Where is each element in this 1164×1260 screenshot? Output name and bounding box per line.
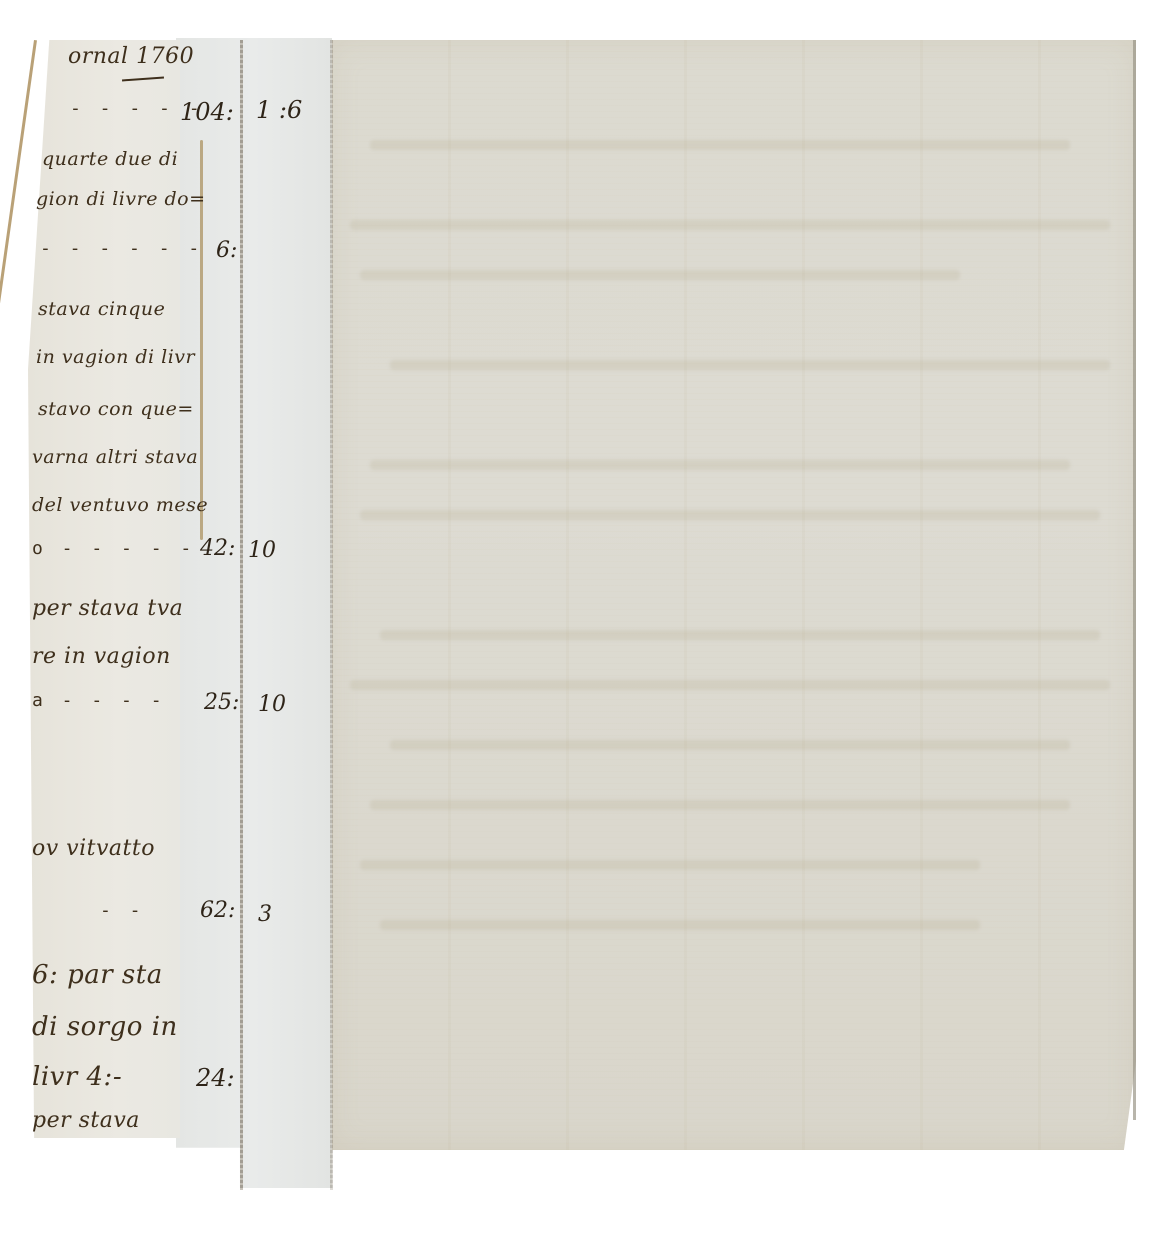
ledger-line-7: stavo con que= bbox=[38, 398, 194, 420]
amount-lire-5: 62: bbox=[200, 898, 235, 923]
ledger-line-4: - - - - - - bbox=[40, 238, 203, 259]
fold-line bbox=[330, 40, 333, 1190]
bleed-through-line bbox=[360, 510, 1100, 520]
amount-lire-4: 25: bbox=[204, 690, 239, 715]
ledger-line-2: quarte due di bbox=[42, 148, 178, 170]
ledger-line-19: per stava bbox=[32, 1108, 140, 1133]
ledger-line-14: ov vitvatto bbox=[32, 836, 155, 861]
ledger-line-8: varna altri stava bbox=[32, 446, 198, 468]
manuscript-scan: ornal 1760 - - - - - 104: 1 :6 quarte du… bbox=[0, 0, 1164, 1260]
amount-rest-1: 1 :6 bbox=[256, 96, 302, 124]
page-right-edge bbox=[1133, 40, 1136, 1120]
ledger-line-5: stava cinque bbox=[38, 298, 165, 320]
amount-rest-4: 10 bbox=[258, 692, 286, 717]
bleed-through-line bbox=[390, 360, 1110, 370]
bleed-through-line bbox=[350, 220, 1110, 230]
amount-lire-3: 42: bbox=[200, 536, 235, 561]
ledger-line-15: - - bbox=[100, 900, 145, 921]
ledger-line-11: per stava tva bbox=[32, 596, 183, 621]
ledger-line-16: 6: par sta bbox=[32, 960, 163, 990]
blank-verso-page bbox=[330, 40, 1136, 1150]
ledger-header: ornal 1760 bbox=[68, 44, 194, 69]
column-rule-middle bbox=[240, 40, 243, 1190]
ledger-line-17: di sorgo in bbox=[32, 1012, 178, 1042]
amount-lire-1: 104: bbox=[180, 98, 234, 126]
ledger-line-9: del ventuvo mese bbox=[32, 494, 208, 516]
bleed-through-line bbox=[370, 460, 1070, 470]
ledger-line-13: a - - - - bbox=[32, 690, 166, 711]
amount-rest-3: 10 bbox=[248, 538, 276, 563]
bleed-through-line bbox=[350, 680, 1110, 690]
ledger-line-12: re in vagion bbox=[32, 644, 171, 669]
bleed-through-line bbox=[380, 920, 980, 930]
bleed-through-line bbox=[360, 860, 980, 870]
ledger-line-18: livr 4:- bbox=[32, 1062, 122, 1092]
bleed-through-line bbox=[370, 800, 1070, 810]
bleed-through-line bbox=[390, 740, 1070, 750]
bleed-through-line bbox=[370, 140, 1070, 150]
ledger-line-3: gion di livre do= bbox=[36, 188, 206, 210]
amount-lire-6: 24: bbox=[196, 1064, 235, 1092]
bleed-through-line bbox=[360, 270, 960, 280]
bleed-through-line bbox=[380, 630, 1100, 640]
amount-lire-2: 6: bbox=[216, 238, 237, 263]
amount-rest-5: 3 bbox=[258, 902, 272, 927]
ledger-line-6: in vagion di livr bbox=[36, 346, 195, 368]
ledger-line-10: o - - - - - bbox=[32, 538, 195, 559]
